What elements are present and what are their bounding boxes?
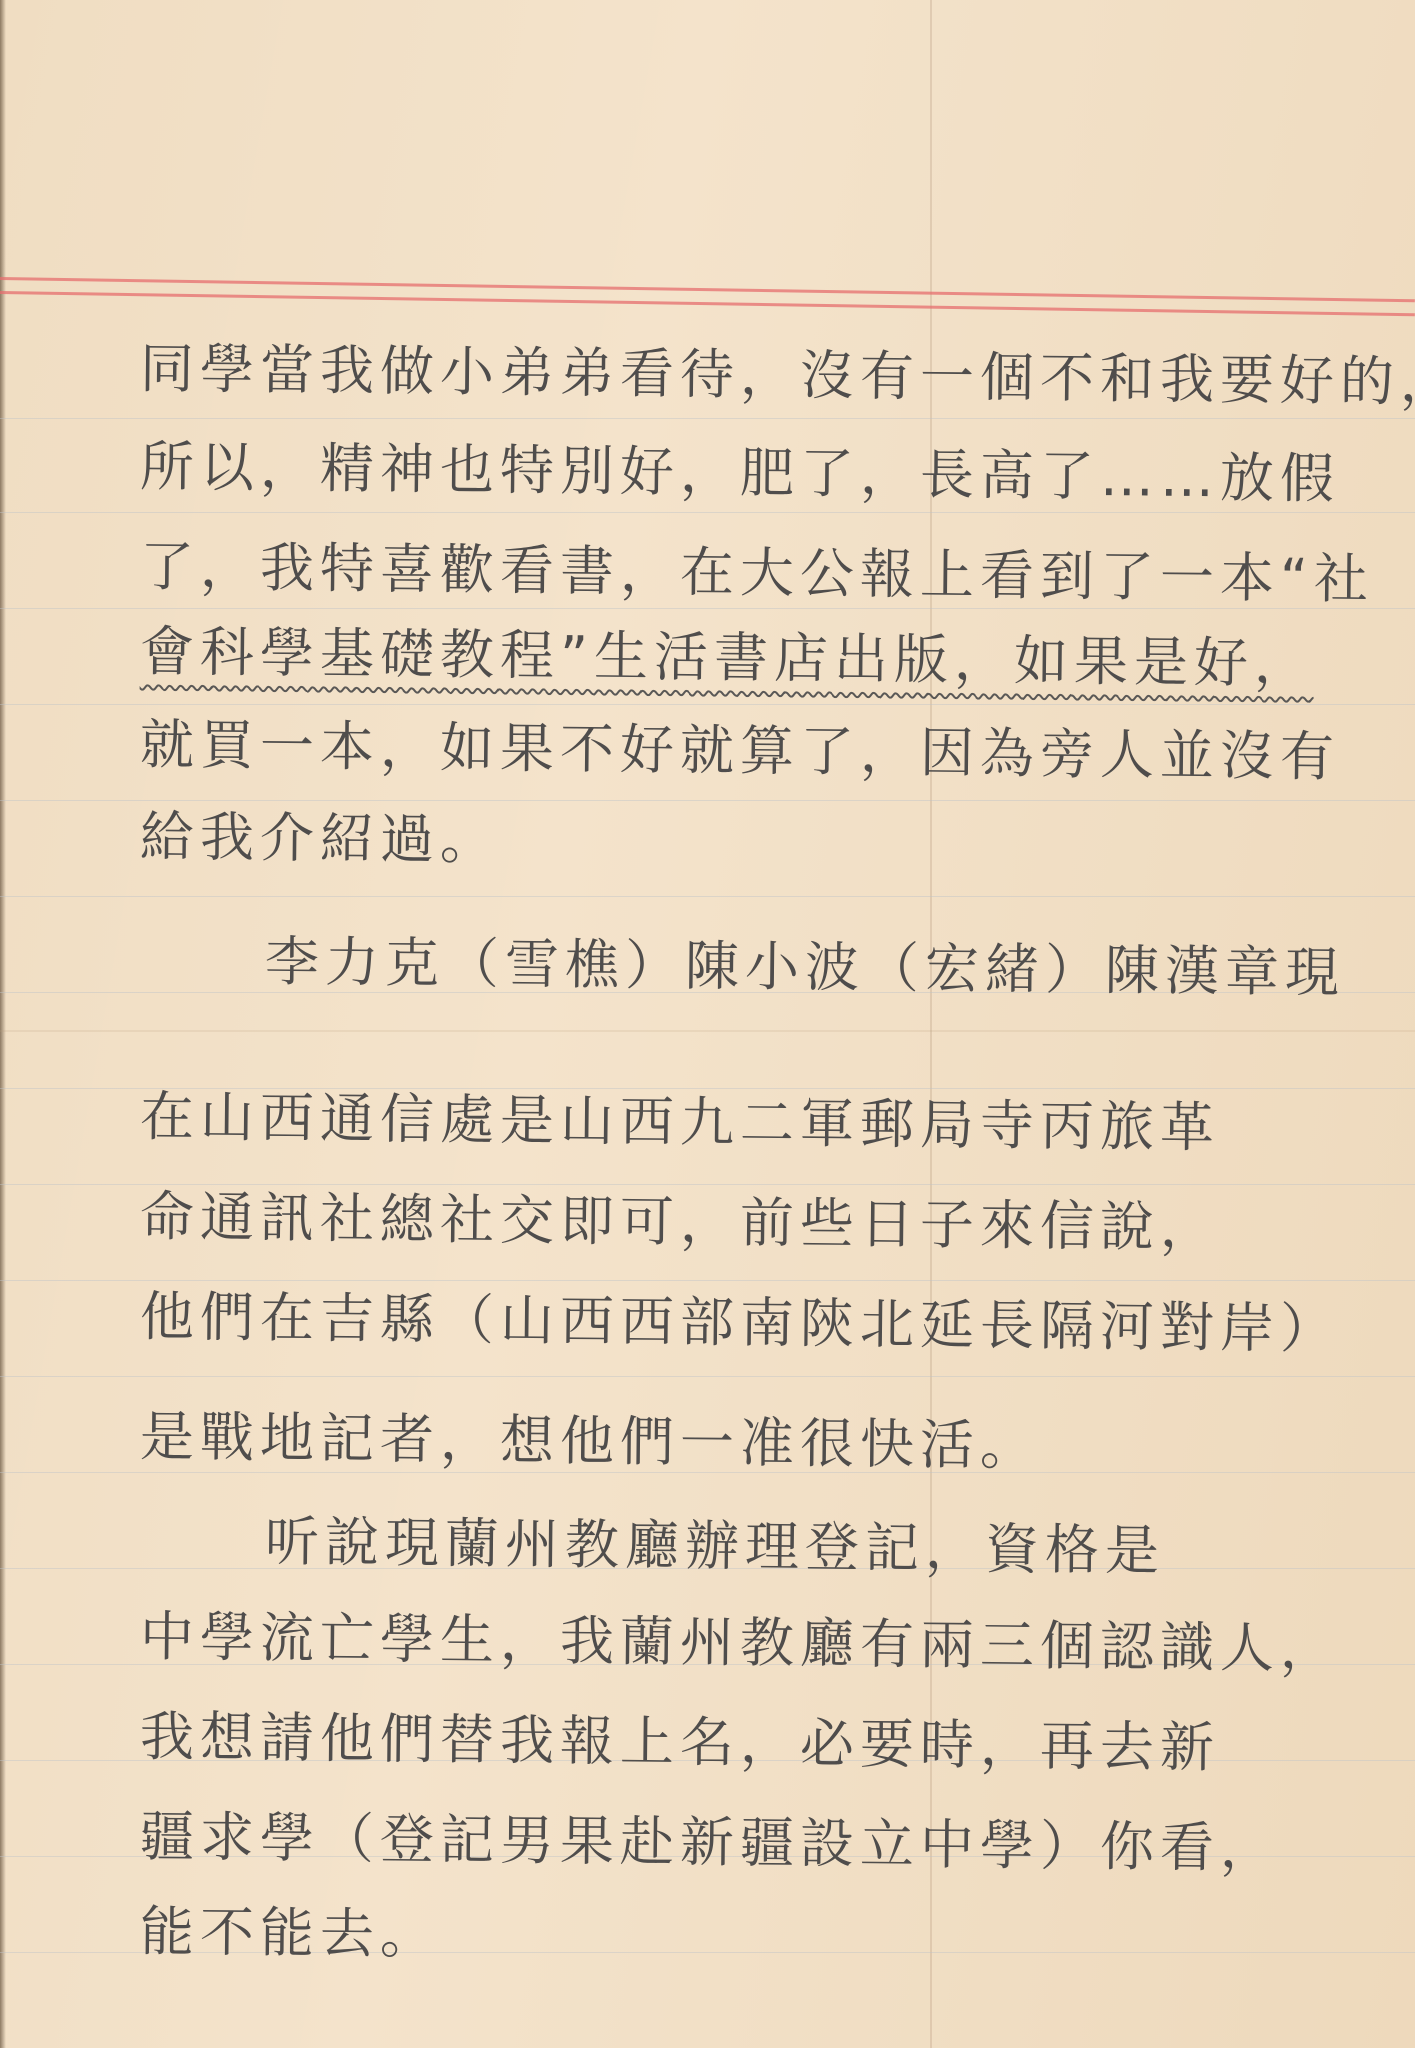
handwritten-line-underlined-title: 會科學基礎教程”生活書店出版，如果是好， <box>140 625 1314 691</box>
ruled-line <box>0 1280 1415 1281</box>
horizontal-fold-crease <box>0 1030 1415 1032</box>
ruled-line <box>0 418 1415 419</box>
handwritten-line: 我想請他們替我報上名，必要時，再去新 <box>140 1710 1221 1775</box>
handwritten-line: 听說現蘭州教廳辦理登記，資格是 <box>265 1515 1166 1578</box>
handwritten-line: 同學當我做小弟弟看待，沒有一個不和我要好的， <box>140 342 1415 410</box>
ruled-line <box>0 800 1415 801</box>
handwritten-line: 在山西通信處是山西九二軍郵局寺丙旅革 <box>140 1090 1221 1155</box>
handwritten-line: 他們在吉縣（山西西部南陝北延長隔河對岸） <box>140 1290 1340 1357</box>
handwritten-line: 所以，精神也特別好，肥了，長高了……放假 <box>140 440 1340 507</box>
handwritten-line: 給我介紹過。 <box>140 810 501 868</box>
handwritten-line: 了，我特喜歡看書，在大公報上看到了一本“社 <box>140 540 1374 607</box>
ruled-line <box>0 512 1415 513</box>
ruled-line <box>0 1376 1415 1377</box>
handwritten-line: 命通訊社總社交即可，前些日子來信說， <box>140 1190 1221 1255</box>
handwritten-line: 就買一本，如果不好就算了，因為旁人並沒有 <box>140 718 1340 785</box>
handwritten-line: 疆求學（登記男果赴新疆設立中學）你看， <box>140 1810 1281 1876</box>
handwritten-line: 中學流亡學生，我蘭州教廳有兩三個認識人， <box>140 1610 1340 1677</box>
handwritten-line: 是戰地記者，想他們一准很快活。 <box>140 1410 1041 1473</box>
handwritten-line: 能不能去。 <box>140 1905 441 1962</box>
ruled-line <box>0 896 1415 897</box>
ruled-line <box>0 704 1415 705</box>
handwritten-line: 李力克（雪樵）陳小波（宏緒）陳漢章現 <box>265 935 1346 1000</box>
